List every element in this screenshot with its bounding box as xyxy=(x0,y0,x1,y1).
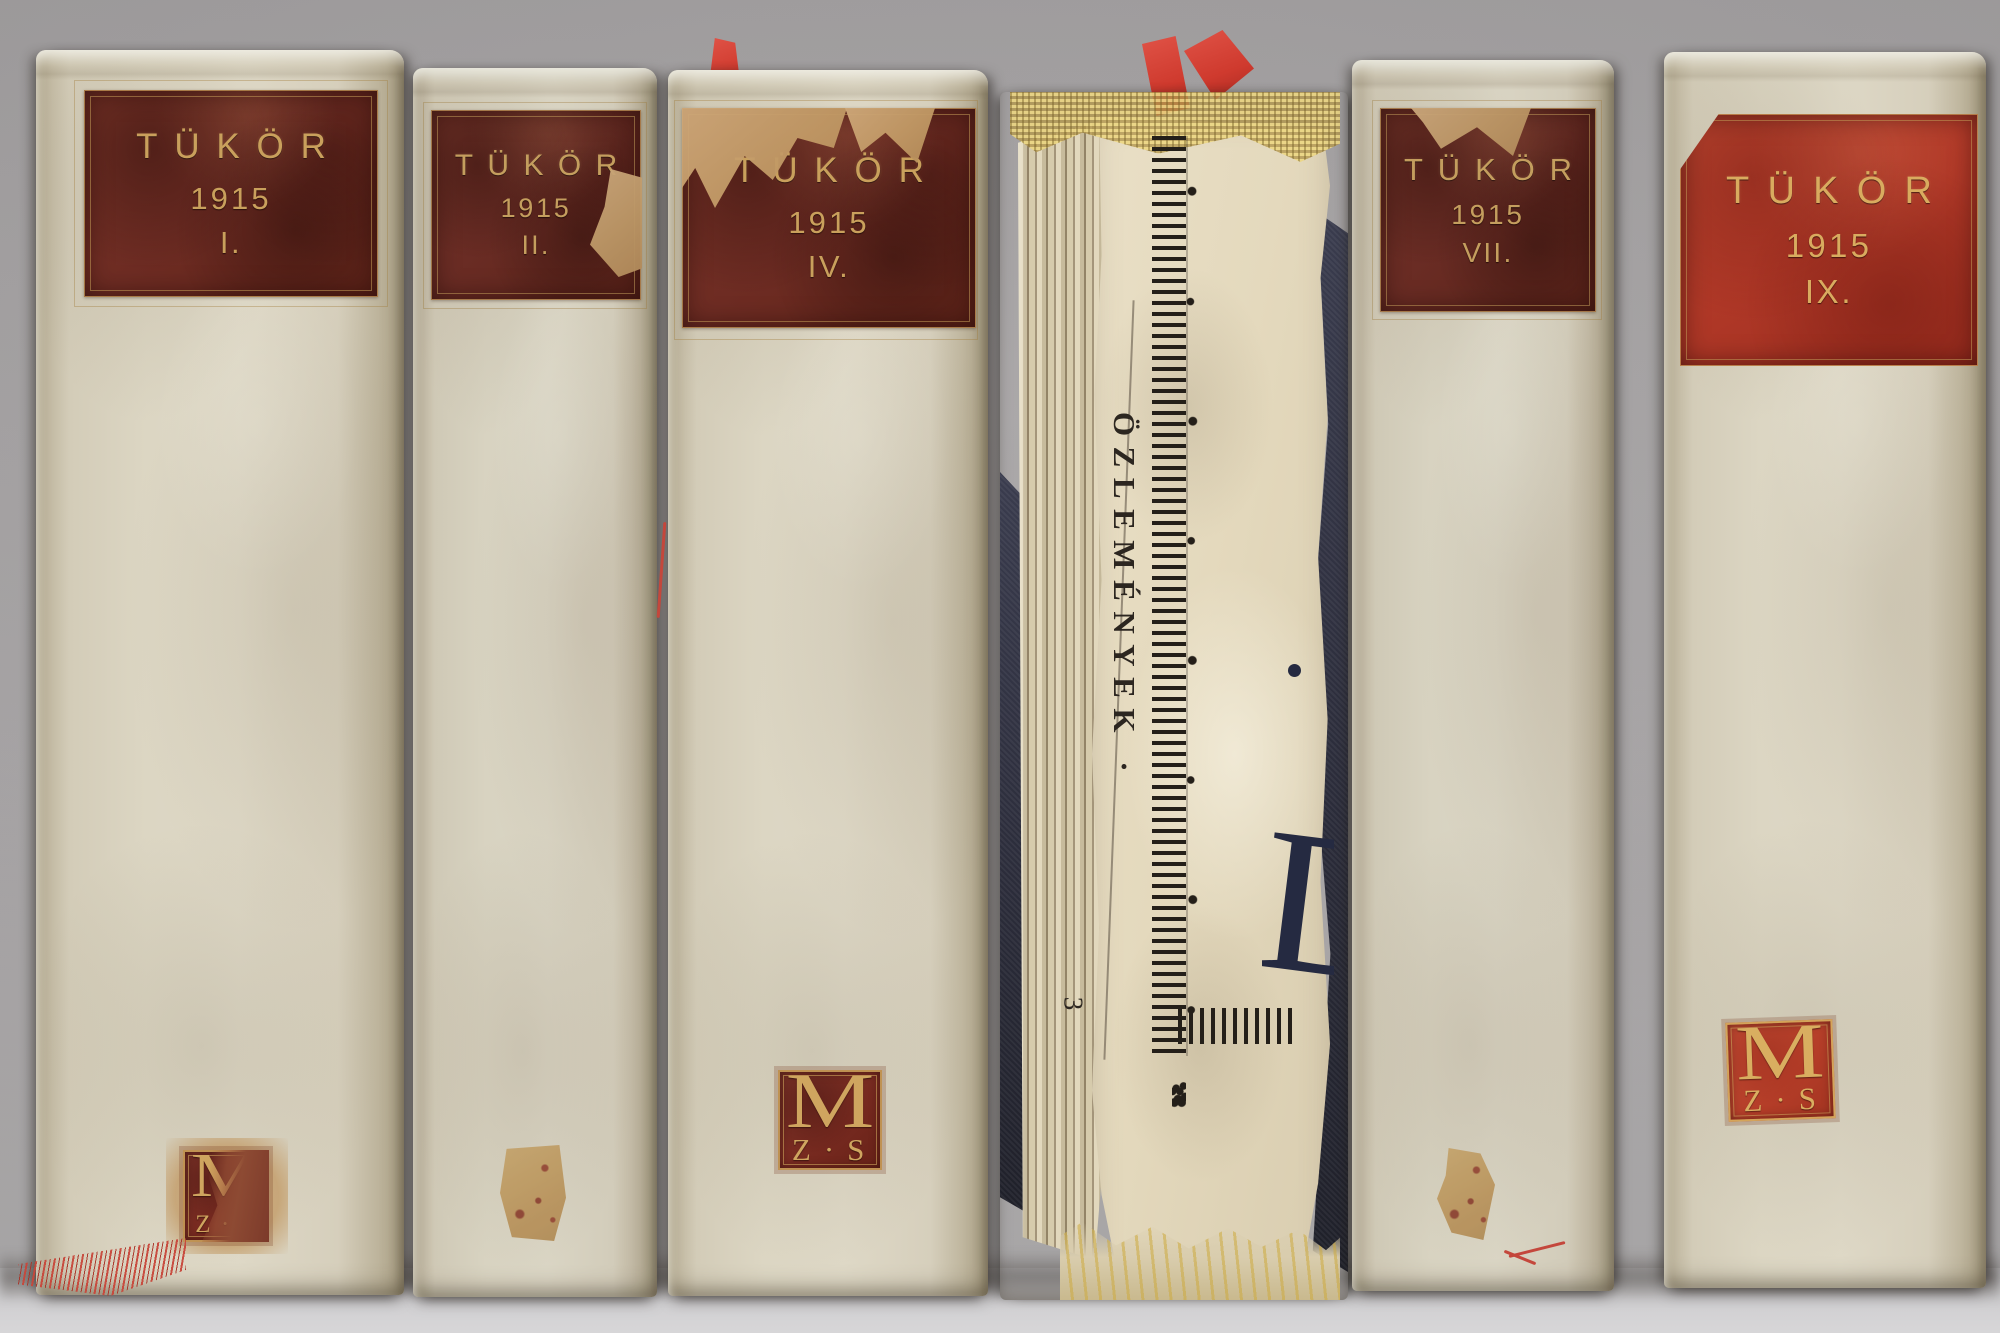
label-year: 1915 xyxy=(190,181,271,217)
label-year: 1915 xyxy=(501,193,572,224)
book-volume-2: TÜKÖR 1915 II. xyxy=(413,68,657,1297)
label-title: TÜKÖR xyxy=(119,127,342,167)
handwritten-ink-mark: D xyxy=(1262,792,1334,1022)
book-volume-4: TÜKÖR 1915 IV. M Z·S xyxy=(668,70,988,1296)
label-year: 1915 xyxy=(1786,227,1873,265)
label-torn-patch xyxy=(590,169,642,277)
label-volume-numeral: IV. xyxy=(808,249,851,285)
label-volume-numeral: II. xyxy=(522,230,551,261)
ribbon-fold xyxy=(1184,30,1254,100)
stamp-remnant xyxy=(1437,1148,1495,1240)
book-volume-7: TÜKÖR 1915 VII. xyxy=(1352,60,1614,1291)
label-title: TÜKÖR xyxy=(1708,170,1950,213)
spine-label-volume-7: TÜKÖR 1915 VII. xyxy=(1380,108,1596,312)
printed-border-deckle xyxy=(1184,136,1200,1056)
label-torn-patch xyxy=(1411,108,1531,156)
label-year: 1915 xyxy=(788,205,869,241)
spine-label-volume-9: TÜKÖR 1915 IX. xyxy=(1680,114,1978,366)
book-volume-9: TÜKÖR 1915 IX. M Z·S xyxy=(1664,52,1986,1288)
label-title: TÜKÖR xyxy=(440,149,631,183)
monogram-stamp: M Z·S xyxy=(778,1070,882,1170)
photograph-of-books: TÜKÖR 1915 I. M Z·S TÜKÖR 1915 II. TÜKÖR… xyxy=(0,0,2000,1333)
spine-label-volume-1: TÜKÖR 1915 I. xyxy=(84,90,378,297)
monogram-stamp-worn: M Z·S xyxy=(183,1150,269,1242)
red-thread-volume-4 xyxy=(657,522,667,618)
stamp-remnant xyxy=(500,1145,566,1241)
label-title: TÜKÖR xyxy=(1389,152,1587,188)
ink-spot xyxy=(1288,664,1301,677)
label-volume-numeral: VII. xyxy=(1463,237,1514,269)
spine-label-volume-4: TÜKÖR 1915 IV. xyxy=(682,108,976,328)
monogram-letter-m: M xyxy=(766,1062,894,1140)
book-damaged-volume: ÖZLEMÉNYEK · 3 D xyxy=(1000,92,1348,1300)
ink-letter: D xyxy=(1262,792,1334,1016)
label-volume-numeral: I. xyxy=(220,225,242,261)
label-year: 1915 xyxy=(1451,199,1525,231)
book-volume-1: TÜKÖR 1915 I. M Z·S xyxy=(36,50,404,1295)
printed-border-vertical xyxy=(1152,136,1186,1056)
printed-border-deckle xyxy=(1172,1042,1186,1152)
monogram-letters-zs: Z·S xyxy=(780,1134,880,1165)
spine-printed-text: ÖZLEMÉNYEK · xyxy=(1106,412,1142,782)
printed-page-number: 3 xyxy=(1057,997,1088,1011)
label-volume-numeral: IX. xyxy=(1805,273,1853,311)
spine-label-volume-2: TÜKÖR 1915 II. xyxy=(431,110,641,300)
monogram-stamp: M Z·S xyxy=(1725,1019,1835,1122)
monogram-letters-zs: Z·S xyxy=(1730,1082,1834,1117)
